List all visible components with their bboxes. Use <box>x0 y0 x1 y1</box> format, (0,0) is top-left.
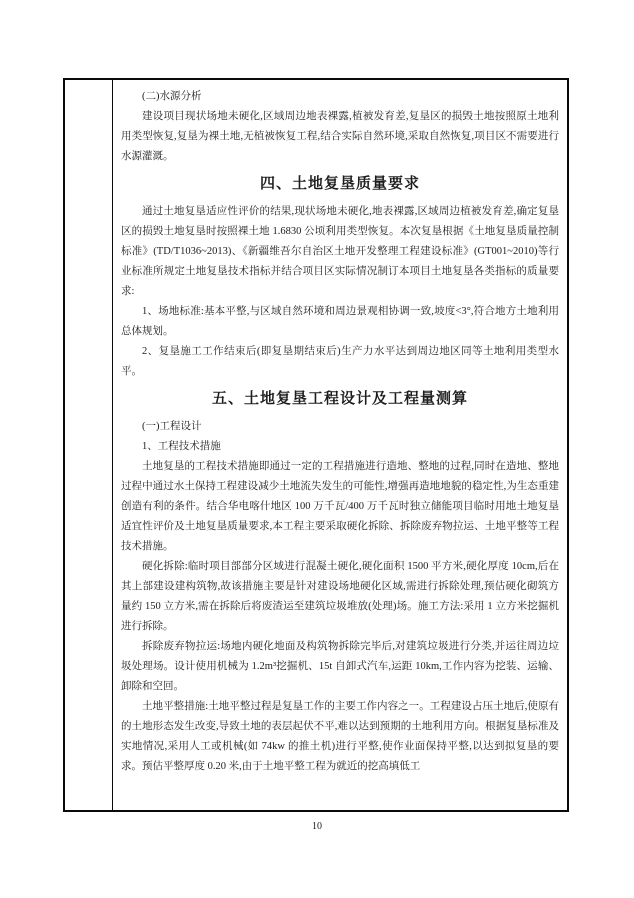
paragraph: 通过土地复垦适应性评价的结果,现状场地未硬化,地表裸露,区域周边植被发育差,确定… <box>121 202 559 302</box>
subsection-heading: 1、工程技术措施 <box>121 437 559 457</box>
document-content: (二)水源分析 建设项目现状场地未硬化,区域周边地表裸露,植被发育差,复垦区的损… <box>113 80 567 810</box>
page-number: 10 <box>0 820 634 834</box>
paragraph: 1、场地标准:基本平整,与区域自然环境和周边景观相协调一致,坡度<3°,符合地方… <box>121 302 559 342</box>
paragraph: 拆除废弃物拉运:场地内硬化地面及构筑物拆除完毕后,对建筑垃圾进行分类,并运往周边… <box>121 637 559 697</box>
report-form-table: (二)水源分析 建设项目现状场地未硬化,区域周边地表裸露,植被发育差,复垦区的损… <box>63 78 569 812</box>
section-heading: 四、土地复垦质量要求 <box>121 173 559 195</box>
empty-label-column <box>65 80 113 810</box>
paragraph: 土地平整措施:土地平整过程是复垦工作的主要工作内容之一。工程建设占压土地后,使原… <box>121 697 559 777</box>
paragraph: 建设项目现状场地未硬化,区域周边地表裸露,植被发育差,复垦区的损毁土地按照原土地… <box>121 107 559 167</box>
section-heading: 五、土地复垦工程设计及工程量测算 <box>121 388 559 410</box>
subsection-heading: (一)工程设计 <box>121 417 559 437</box>
subsection-heading: (二)水源分析 <box>121 87 559 107</box>
paragraph: 2、复垦施工工作结束后(即复垦期结束后)生产力水平达到周边地区同等土地利用类型水… <box>121 342 559 382</box>
paragraph: 硬化拆除:临时项目部部分区域进行混凝土硬化,硬化面积 1500 平方米,硬化厚度… <box>121 557 559 637</box>
paragraph: 土地复垦的工程技术措施即通过一定的工程措施进行造地、整地的过程,同时在造地、整地… <box>121 457 559 557</box>
